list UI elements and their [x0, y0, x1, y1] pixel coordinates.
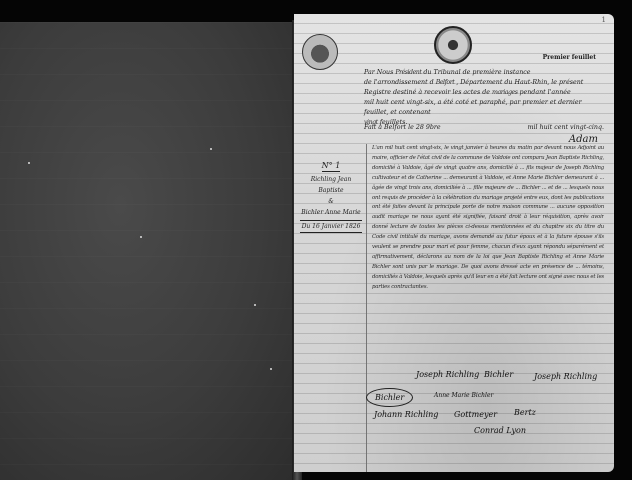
dust-speck [270, 368, 272, 370]
header-text: mil huit cent vingt-six, a été coté et p… [364, 98, 604, 118]
stamp-seal-icon [302, 34, 338, 70]
header-text: de l'arrondissement d [364, 79, 434, 86]
signature: Gottmeyer [454, 410, 497, 419]
folio-number: 1 [602, 16, 606, 24]
signature: Bertz [514, 408, 536, 417]
header-text: , Département du Haut-Rhin, le présent [456, 79, 583, 86]
handwritten-date: le 28 9bre [408, 124, 441, 131]
printed-header: Par Nous Président du Tribunal de premiè… [364, 68, 604, 128]
conjunction: & [300, 196, 362, 207]
fait-line: Fait à Belfort le 28 9bre mil huit cent … [364, 124, 604, 131]
signature: Conrad Lyon [474, 426, 526, 435]
official-seal-icon [434, 26, 472, 64]
signature: Bichler [484, 370, 513, 379]
register-page: 1 Premier feuillet Par Nous Président du… [294, 14, 614, 472]
dust-speck [28, 162, 30, 164]
header-text: du Tribunal de première instance [423, 69, 530, 76]
signature: Joseph Richling [416, 370, 479, 379]
act-date: Du 16 Janvier 1826 [300, 220, 362, 233]
header-text: pendant l'année [519, 89, 570, 96]
fait-label: Fait [364, 124, 376, 131]
left-page-cover [0, 22, 300, 480]
handwritten-place: à Belfort [378, 124, 406, 131]
header-text: Registre destiné à recevoir les actes de [364, 89, 490, 96]
dust-speck [254, 304, 256, 306]
bride-name: Bichler Anne Marie [300, 207, 362, 218]
sheet-label: Premier feuillet [543, 54, 596, 61]
year-text: mil huit cent vingt-cinq. [528, 124, 604, 131]
handwritten-entry: Belfort [436, 79, 455, 86]
signature: Anne Marie Bichler [434, 392, 493, 399]
act-number: N° 1 [322, 160, 341, 172]
dust-speck [210, 148, 212, 150]
handwritten-entry: mariages [492, 89, 518, 96]
margin-note: N° 1 Richling Jean Baptiste & Bichler An… [300, 160, 362, 233]
handwritten-entry: Président [395, 69, 421, 76]
signature: Joseph Richling [534, 372, 597, 381]
marriage-act-text: L'an mil huit cent vingt-six, le vingt j… [372, 144, 604, 366]
groom-name: Richling Jean Baptiste [300, 174, 362, 196]
signature-block: Joseph Richling Bichler Bichler Anne Mar… [354, 370, 604, 450]
header-text: Par Nous [364, 69, 393, 76]
signature-circled: Bichler [366, 388, 413, 407]
signature: Johann Richling [374, 410, 438, 419]
dust-speck [140, 236, 142, 238]
